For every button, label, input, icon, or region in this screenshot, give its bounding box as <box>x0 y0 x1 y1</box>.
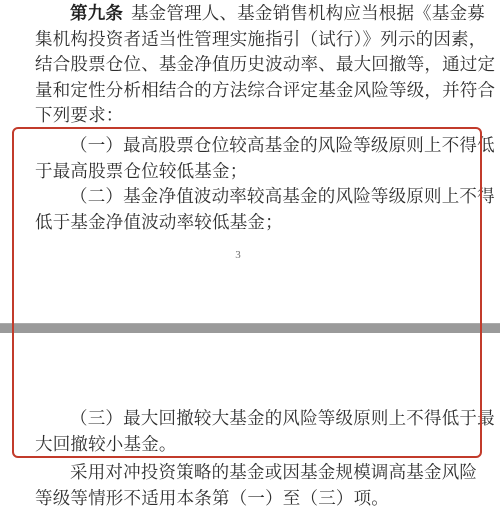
text-line: 量和定性分析相结合的方法综合评定基金风险等级，并符合 <box>35 78 493 104</box>
text-line: 于最高股票仓位较低基金； <box>35 159 493 185</box>
document-page: 第九条基金管理人、基金销售机构应当根据《基金募 集机构投资者适当性管理实施指引（… <box>0 0 500 513</box>
text-line: 采用对冲投资策略的基金或因基金规模调高基金风险 <box>35 460 493 486</box>
text-line: （一）最高股票仓位较高基金的风险等级原则上不得低 <box>35 133 493 159</box>
text-line: 低于基金净值波动率较低基金； <box>35 210 493 236</box>
text-line: 第九条基金管理人、基金销售机构应当根据《基金募 <box>35 1 493 27</box>
text-line: 下列要求： <box>35 103 493 129</box>
intro-first-line-text: 基金管理人、基金销售机构应当根据《基金募 <box>131 3 485 23</box>
text-line: 结合股票仓位、基金净值历史波动率、最大回撤等，通过定 <box>35 52 493 78</box>
clause-one-paragraph: （一）最高股票仓位较高基金的风险等级原则上不得低 于最高股票仓位较低基金； <box>35 133 493 184</box>
text-line: （二）基金净值波动率较高基金的风险等级原则上不得 <box>35 184 493 210</box>
text-line: 大回撤较小基金。 <box>35 432 493 458</box>
article-number: 第九条 <box>70 3 123 23</box>
clause-three-paragraph: （三）最大回撤较大基金的风险等级原则上不得低于最 大回撤较小基金。 <box>35 406 493 457</box>
text-line: 集机构投资者适当性管理实施指引（试行）》列示的因素， <box>35 27 493 53</box>
page-number: 3 <box>0 249 476 261</box>
closing-paragraph: 采用对冲投资策略的基金或因基金规模调高基金风险 等级等情形不适用本条第（一）至（… <box>35 460 493 511</box>
text-line: （三）最大回撤较大基金的风险等级原则上不得低于最 <box>35 406 493 432</box>
clause-two-paragraph: （二）基金净值波动率较高基金的风险等级原则上不得 低于基金净值波动率较低基金； <box>35 184 493 235</box>
page-break-separator-bar <box>0 323 500 333</box>
intro-paragraph: 第九条基金管理人、基金销售机构应当根据《基金募 集机构投资者适当性管理实施指引（… <box>35 1 493 129</box>
text-line: 等级等情形不适用本条第（一）至（三）项。 <box>35 486 493 512</box>
